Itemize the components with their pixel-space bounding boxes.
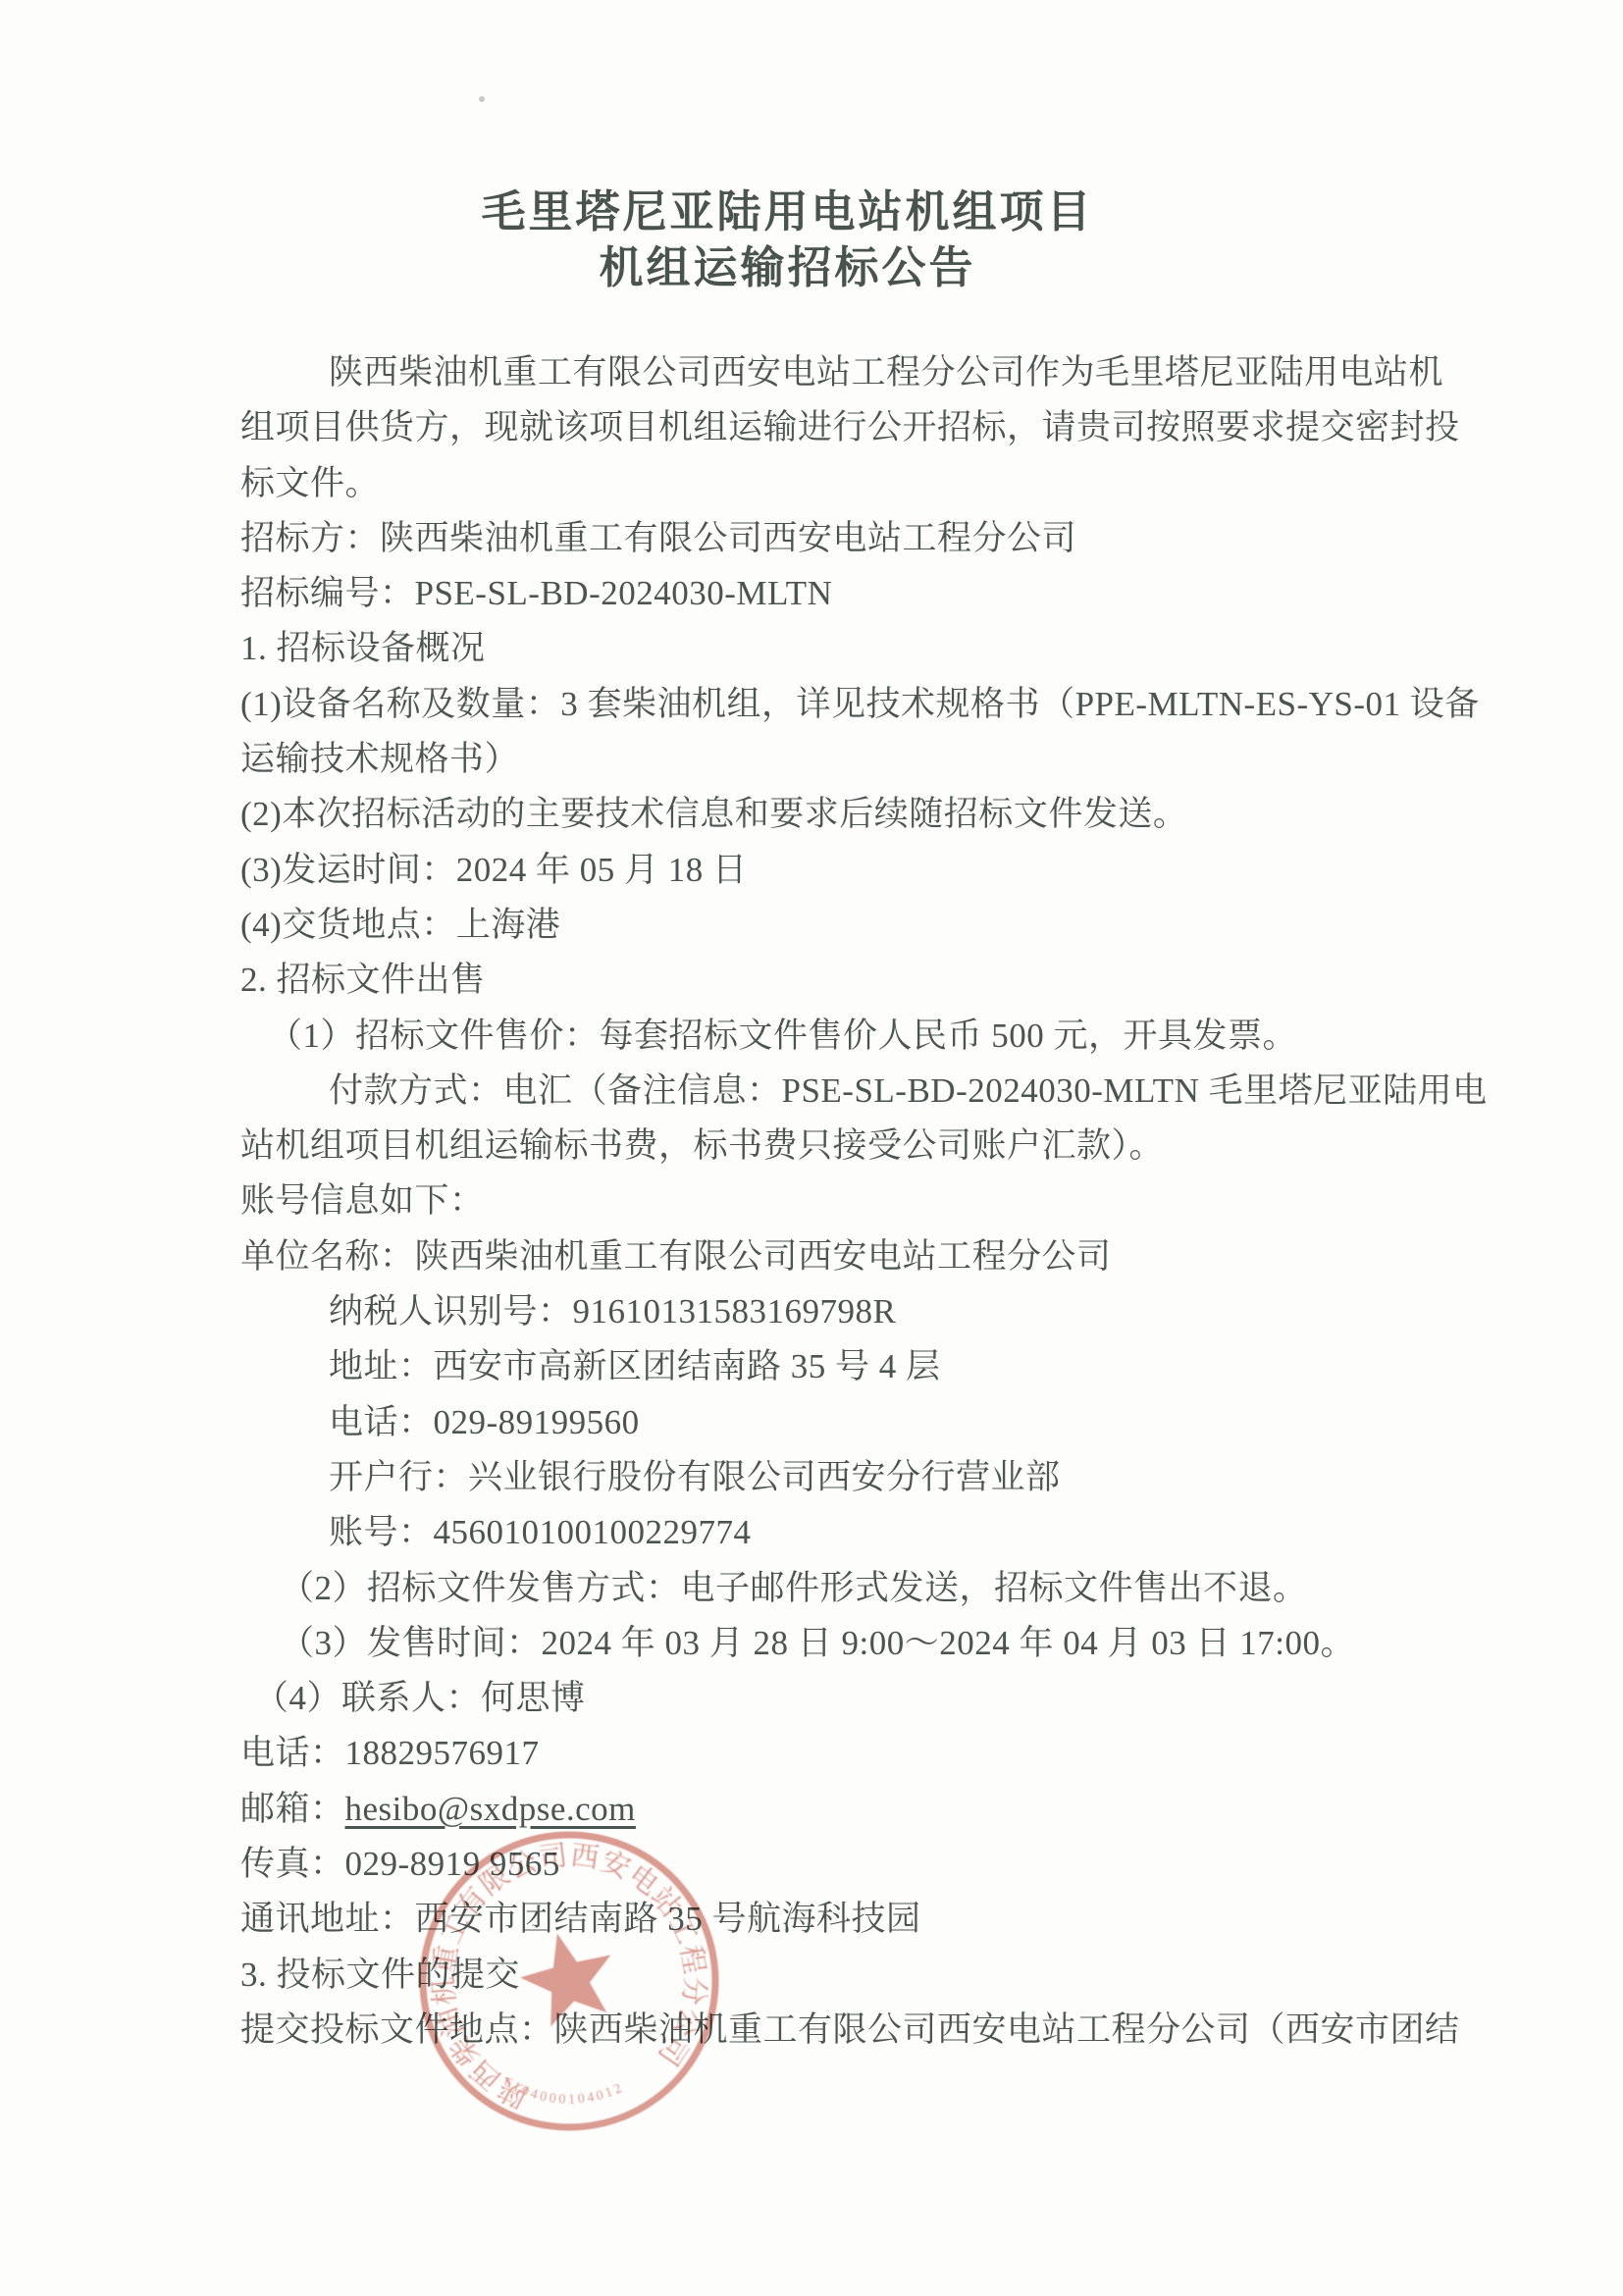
doc-line-2: 组项目供货方，现就该项目机组运输进行公开招标，请贵司按照要求提交密封投 [240,400,1379,455]
doc-line-4: 招标方：陕西柴油机重工有限公司西安电站工程分公司 [240,511,1379,566]
doc-line-29: 通讯地址：西安市团结南路 35 号航海科技园 [240,1892,1379,1947]
seal-serial: 6104000104012 [498,2049,627,2126]
doc-line-1: 陕西柴油机重工有限公司西安电站工程分公司作为毛里塔尼亚陆用电站机 [240,345,1379,400]
doc-line-20: 电话：029-89199560 [240,1395,1379,1450]
doc-line-18: 纳税人识别号：91610131583169798R [240,1284,1379,1339]
document-page: 毛里塔尼亚陆用电站机组项目 机组运输招标公告 陕西柴油机重工有限公司西安电站工程… [0,0,1623,2296]
doc-line-24: （3）发售时间：2024 年 03 月 28 日 9:00～2024 年 04 … [240,1616,1379,1671]
doc-line-28: 传真：029-8919 9565 [240,1837,1379,1892]
doc-line-25: （4）联系人：何思博 [240,1671,1379,1726]
doc-line-5: 招标编号：PSE-SL-BD-2024030-MLTN [240,566,1379,621]
doc-line-12: 2. 招标文件出售 [240,953,1379,1008]
doc-line-6: 1. 招标设备概况 [240,621,1379,676]
doc-line-15: 站机组项目机组运输标书费，标书费只接受公司账户汇款）。 [240,1119,1379,1174]
doc-line-27: 邮箱：hesibo@sxdpse.com [240,1782,1379,1837]
doc-line-3: 标文件。 [240,456,1379,511]
doc-line-7: (1)设备名称及数量：3 套柴油机组，详见技术规格书（PPE-MLTN-ES-Y… [240,677,1379,732]
doc-line-26: 电话：18829576917 [240,1726,1379,1781]
title-line-2: 机组运输招标公告 [240,240,1335,296]
doc-line-31: 提交投标文件地点：陕西柴油机重工有限公司西安电站工程分公司（西安市团结 [240,2003,1379,2058]
scan-speck [479,96,485,102]
doc-line-16: 账号信息如下： [240,1174,1379,1228]
doc-line-21: 开户行：兴业银行股份有限公司西安分行营业部 [240,1450,1379,1505]
doc-line-9: (2)本次招标活动的主要技术信息和要求后续随招标文件发送。 [240,787,1379,842]
doc-line-13: （1）招标文件售价：每套招标文件售价人民币 500 元，开具发票。 [240,1009,1379,1064]
email-link[interactable]: hesibo@sxdpse.com [345,1790,636,1828]
doc-line-14: 付款方式：电汇（备注信息：PSE-SL-BD-2024030-MLTN 毛里塔尼… [240,1064,1379,1119]
doc-line-10: (3)发运时间：2024 年 05 月 18 日 [240,843,1379,898]
title-line-1: 毛里塔尼亚陆用电站机组项目 [240,184,1335,240]
document-body: 陕西柴油机重工有限公司西安电站工程分公司作为毛里塔尼亚陆用电站机组项目供货方，现… [240,345,1379,2058]
doc-line-17: 单位名称：陕西柴油机重工有限公司西安电站工程分公司 [240,1229,1379,1284]
email-label: 邮箱： [240,1790,345,1828]
doc-line-11: (4)交货地点：上海港 [240,898,1379,953]
doc-line-22: 账号：456010100100229774 [240,1505,1379,1560]
doc-line-8: 运输技术规格书） [240,732,1379,787]
document-title: 毛里塔尼亚陆用电站机组项目 机组运输招标公告 [240,184,1335,296]
doc-line-30: 3. 投标文件的提交 [240,1948,1379,2003]
doc-line-19: 地址：西安市高新区团结南路 35 号 4 层 [240,1339,1379,1394]
doc-line-23: （2）招标文件发售方式：电子邮件形式发送，招标文件售出不退。 [240,1561,1379,1616]
